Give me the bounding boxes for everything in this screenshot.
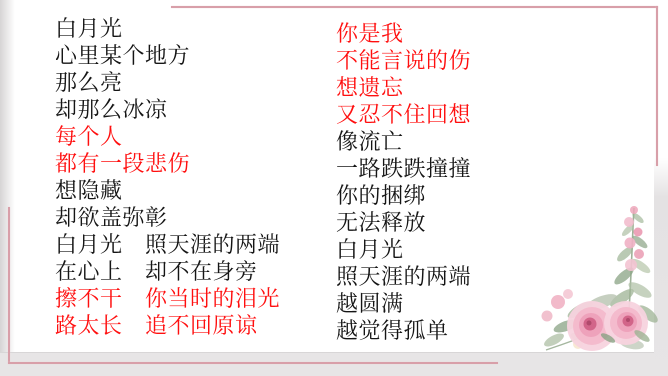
lyric-line: 想遗忘 xyxy=(336,74,471,101)
lyric-line: 心里某个地方 xyxy=(55,42,280,69)
lyrics-column-right: 你是我 不能言说的伤 想遗忘 又忍不住回想 像流亡 一路跌跌撞撞 你的捆绑 无法… xyxy=(336,20,471,344)
accent-line-bottom xyxy=(8,362,498,364)
lyric-line: 像流亡 xyxy=(336,128,471,155)
lyric-line: 白月光 xyxy=(55,15,280,42)
lyrics-column-left: 白月光 心里某个地方 那么亮 却那么冰凉 每个人 都有一段悲伤 想隐藏 却欲盖弥… xyxy=(55,15,280,339)
lyric-line: 你的捆绑 xyxy=(336,182,471,209)
accent-line-top xyxy=(171,6,658,8)
lyric-line: 都有一段悲伤 xyxy=(55,150,280,177)
lyric-line: 越觉得孤单 xyxy=(336,317,471,344)
presentation-slide: 白月光 心里某个地方 那么亮 却那么冰凉 每个人 都有一段悲伤 想隐藏 却欲盖弥… xyxy=(0,0,668,376)
lyric-line: 在心上 却不在身旁 xyxy=(55,258,280,285)
lyric-line: 一路跌跌撞撞 xyxy=(336,155,471,182)
slide-bottom-edge-gray xyxy=(0,352,668,376)
lyric-line: 却欲盖弥彰 xyxy=(55,204,280,231)
lyric-line: 你是我 xyxy=(336,20,471,47)
lyric-line: 每个人 xyxy=(55,123,280,150)
lyric-line: 擦不干 你当时的泪光 xyxy=(55,285,280,312)
lyric-line: 无法释放 xyxy=(336,209,471,236)
lyric-line: 又忍不住回想 xyxy=(336,101,471,128)
lyric-line: 路太长 追不回原谅 xyxy=(55,312,280,339)
lyric-line: 越圆满 xyxy=(336,290,471,317)
lyric-line: 不能言说的伤 xyxy=(336,47,471,74)
accent-line-left xyxy=(8,207,10,364)
watercolor-flower-decoration xyxy=(536,198,660,354)
lyric-line: 白月光 xyxy=(336,236,471,263)
lyric-line: 那么亮 xyxy=(55,69,280,96)
lyric-line: 却那么冰凉 xyxy=(55,96,280,123)
lyric-line: 想隐藏 xyxy=(55,177,280,204)
lyric-line: 照天涯的两端 xyxy=(336,263,471,290)
lyric-line: 白月光 照天涯的两端 xyxy=(55,231,280,258)
accent-line-right xyxy=(656,6,658,166)
